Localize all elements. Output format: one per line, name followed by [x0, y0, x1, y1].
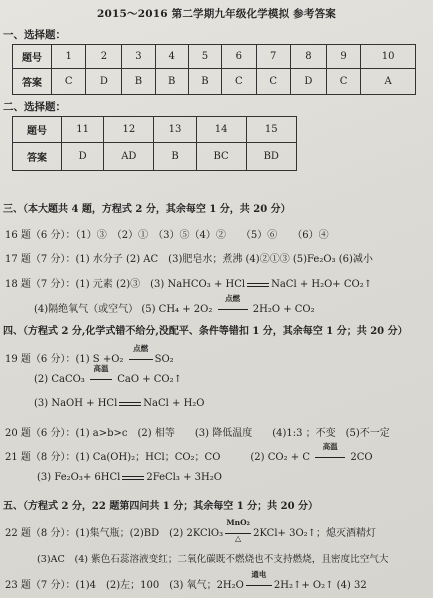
answer-q19-line3: (3) NaOH + HClNaCl + H₂O	[34, 398, 205, 409]
answer-q20: 20 题（6 分）：(1) a>b>c (2) 相等 (3) 降低温度 (4)1…	[5, 424, 390, 439]
equals-sign	[119, 402, 141, 406]
answer-q17: 17 题（7 分）：(1) 水分子 (2) AC (3)肥皂水；煮沸 (4)②①…	[5, 250, 373, 265]
table-row-questions: 题号 11 12 13 14 15	[13, 117, 297, 143]
q19-line2-reactants: (2) CaCO₃	[34, 374, 85, 385]
table-row-answers: 答案 D AD B BC BD	[13, 143, 297, 171]
condition-label: 高温	[315, 443, 345, 451]
question-cell: 12	[104, 117, 154, 143]
answer-q19-line2: (2) CaCO₃ 高温 CaO + CO₂↑	[34, 374, 182, 385]
equals-sign	[247, 283, 269, 287]
header-cell-question-number: 题号	[13, 45, 52, 69]
answer-cell: D	[62, 143, 104, 171]
answer-q18-line2: (4)隔绝氧气（或空气） (5) CH₄ + 2O₂ 点燃 2H₂O + CO₂	[34, 300, 315, 315]
reaction-condition-arrow: 高温	[90, 374, 112, 385]
q22-reactants: 22 题（8 分）：(1)集气瓶；(2)BD (2) 2KClO₃	[5, 528, 223, 539]
q19-line3-products: NaCl + H₂O	[143, 398, 204, 409]
answer-cell: C	[326, 69, 360, 95]
answer-cell: B	[188, 69, 221, 95]
q18-line2-reactants: (4)隔绝氧气（或空气） (5) CH₄ + 2O₂	[34, 304, 212, 315]
question-cell: 10	[361, 45, 416, 69]
q23-reactants: 23 题（7 分）：(1)4 (2)左；100 (3) 氧气；2H₂O	[5, 580, 244, 591]
table-row-questions: 题号 1 2 3 4 5 6 7 8 9 10	[13, 45, 416, 69]
condition-label: 高温	[90, 365, 112, 373]
header-cell-question-number: 题号	[13, 117, 62, 143]
answer-q18-line1: 18 题（7 分）：(1) 元素 (2)③ (3) NaHCO₃ + HClNa…	[5, 275, 372, 290]
q21-products: 2CO	[350, 452, 372, 463]
answer-cell: D	[290, 69, 326, 95]
q18-products: NaCl + H₂O+ CO₂↑	[271, 279, 372, 290]
question-cell: 8	[290, 45, 326, 69]
q19-products: SO₂	[155, 354, 174, 365]
question-cell: 14	[196, 117, 246, 143]
reaction-condition-arrow: MnO₂△	[225, 528, 251, 539]
condition-label: 点燃	[218, 295, 248, 303]
reaction-condition-arrow: 点燃	[129, 354, 153, 365]
answer-cell: A	[361, 69, 416, 95]
section2-answer-table: 题号 11 12 13 14 15 答案 D AD B BC BD	[12, 116, 297, 171]
q23-products: 2H₂↑+ O₂↑ (4) 32	[274, 580, 367, 591]
answer-cell: B	[154, 143, 196, 171]
answer-q22-line1: 22 题（8 分）：(1)集气瓶；(2)BD (2) 2KClO₃MnO₂△2K…	[5, 524, 376, 539]
q19-line2-products: CaO + CO₂↑	[117, 374, 182, 385]
table-row-answers: 答案 C D B B B C C D C A	[13, 69, 416, 95]
section3-heading: 三、（本大题共 4 题，方程式 2 分，其余每空 1 分，共 20 分）	[3, 200, 291, 215]
answer-cell: BC	[196, 143, 246, 171]
question-cell: 3	[122, 45, 155, 69]
question-cell: 4	[155, 45, 188, 69]
header-cell-answer: 答案	[13, 69, 52, 95]
answer-q21-line1: 21 题（8 分）：(1) Ca(OH)₂；HCl；CO₂；CO (2) CO₂…	[5, 448, 373, 463]
answer-cell: C	[222, 69, 256, 95]
answer-cell: BD	[246, 143, 297, 171]
q21-line2-products: 2FeCl₃ + 3H₂O	[146, 472, 222, 483]
section5-heading: 五、（方程式 2 分，22 题第四问共 1 分；其余每空 1 分；共 20 分）	[3, 497, 318, 512]
question-cell: 2	[86, 45, 122, 69]
q18-reactants: 18 题（7 分）：(1) 元素 (2)③ (3) NaHCO₃ + HCl	[5, 279, 245, 290]
page-title: 2015～2016 第二学期九年级化学模拟 参考答案	[0, 6, 433, 21]
answer-cell: C	[256, 69, 290, 95]
question-cell: 7	[256, 45, 290, 69]
section2-heading: 二、选择题：	[3, 99, 66, 114]
reaction-condition-arrow: 通电	[246, 580, 272, 591]
reaction-condition-arrow: 点燃	[218, 304, 248, 315]
question-cell: 15	[246, 117, 297, 143]
answer-sheet-page: 2015～2016 第二学期九年级化学模拟 参考答案 一、选择题： 题号 1 2…	[0, 0, 433, 598]
section4-heading: 四、（方程式 2 分,化学式错不给分,没配平、条件等错扣 1 分，其余每空 1 …	[3, 322, 408, 337]
section1-heading: 一、选择题：	[3, 27, 66, 42]
answer-cell: D	[86, 69, 122, 95]
q19-line3-reactants: (3) NaOH + HCl	[34, 398, 117, 409]
answer-q19-line1: 19 题（6 分）：(1) S +O₂ 点燃SO₂	[5, 350, 174, 365]
question-cell: 1	[52, 45, 86, 69]
answer-q16: 16 题（6 分）：（1）③ （2）① （3）⑤（4）② （5）⑥ （6）④	[5, 226, 329, 241]
answer-q21-line2: (3) Fe₂O₃+ 6HCl2FeCl₃ + 3H₂O	[37, 472, 222, 483]
reaction-condition-arrow: 高温	[315, 452, 345, 463]
answer-cell: C	[52, 69, 86, 95]
condition-label: MnO₂	[225, 519, 251, 527]
section1-answer-table: 题号 1 2 3 4 5 6 7 8 9 10 答案 C D B B B C C…	[12, 44, 416, 95]
q21-line2-reactants: (3) Fe₂O₃+ 6HCl	[37, 472, 120, 483]
condition-label: 点燃	[129, 345, 153, 353]
answer-q22-line2: (3)AC (4) 紫色石蕊溶液变红；二氧化碳既不燃烧也不支持燃烧，且密度比空气…	[37, 551, 389, 565]
q21-reactants: 21 题（8 分）：(1) Ca(OH)₂；HCl；CO₂；CO (2) CO₂…	[5, 452, 310, 463]
question-cell: 11	[62, 117, 104, 143]
header-cell-answer: 答案	[13, 143, 62, 171]
question-cell: 13	[154, 117, 196, 143]
answer-cell: B	[122, 69, 155, 95]
question-cell: 9	[326, 45, 360, 69]
answer-cell: AD	[104, 143, 154, 171]
q18-line2-products: 2H₂O + CO₂	[253, 304, 315, 315]
q22-products: 2KCl+ 3O₂↑；熄灭酒精灯	[253, 528, 376, 539]
condition-label: 通电	[246, 571, 272, 579]
answer-q23: 23 题（7 分）：(1)4 (2)左；100 (3) 氧气；2H₂O通电2H₂…	[5, 576, 367, 591]
heat-symbol: △	[225, 535, 251, 543]
question-cell: 5	[188, 45, 221, 69]
answer-cell: B	[155, 69, 188, 95]
equals-sign	[122, 476, 144, 480]
question-cell: 6	[222, 45, 256, 69]
